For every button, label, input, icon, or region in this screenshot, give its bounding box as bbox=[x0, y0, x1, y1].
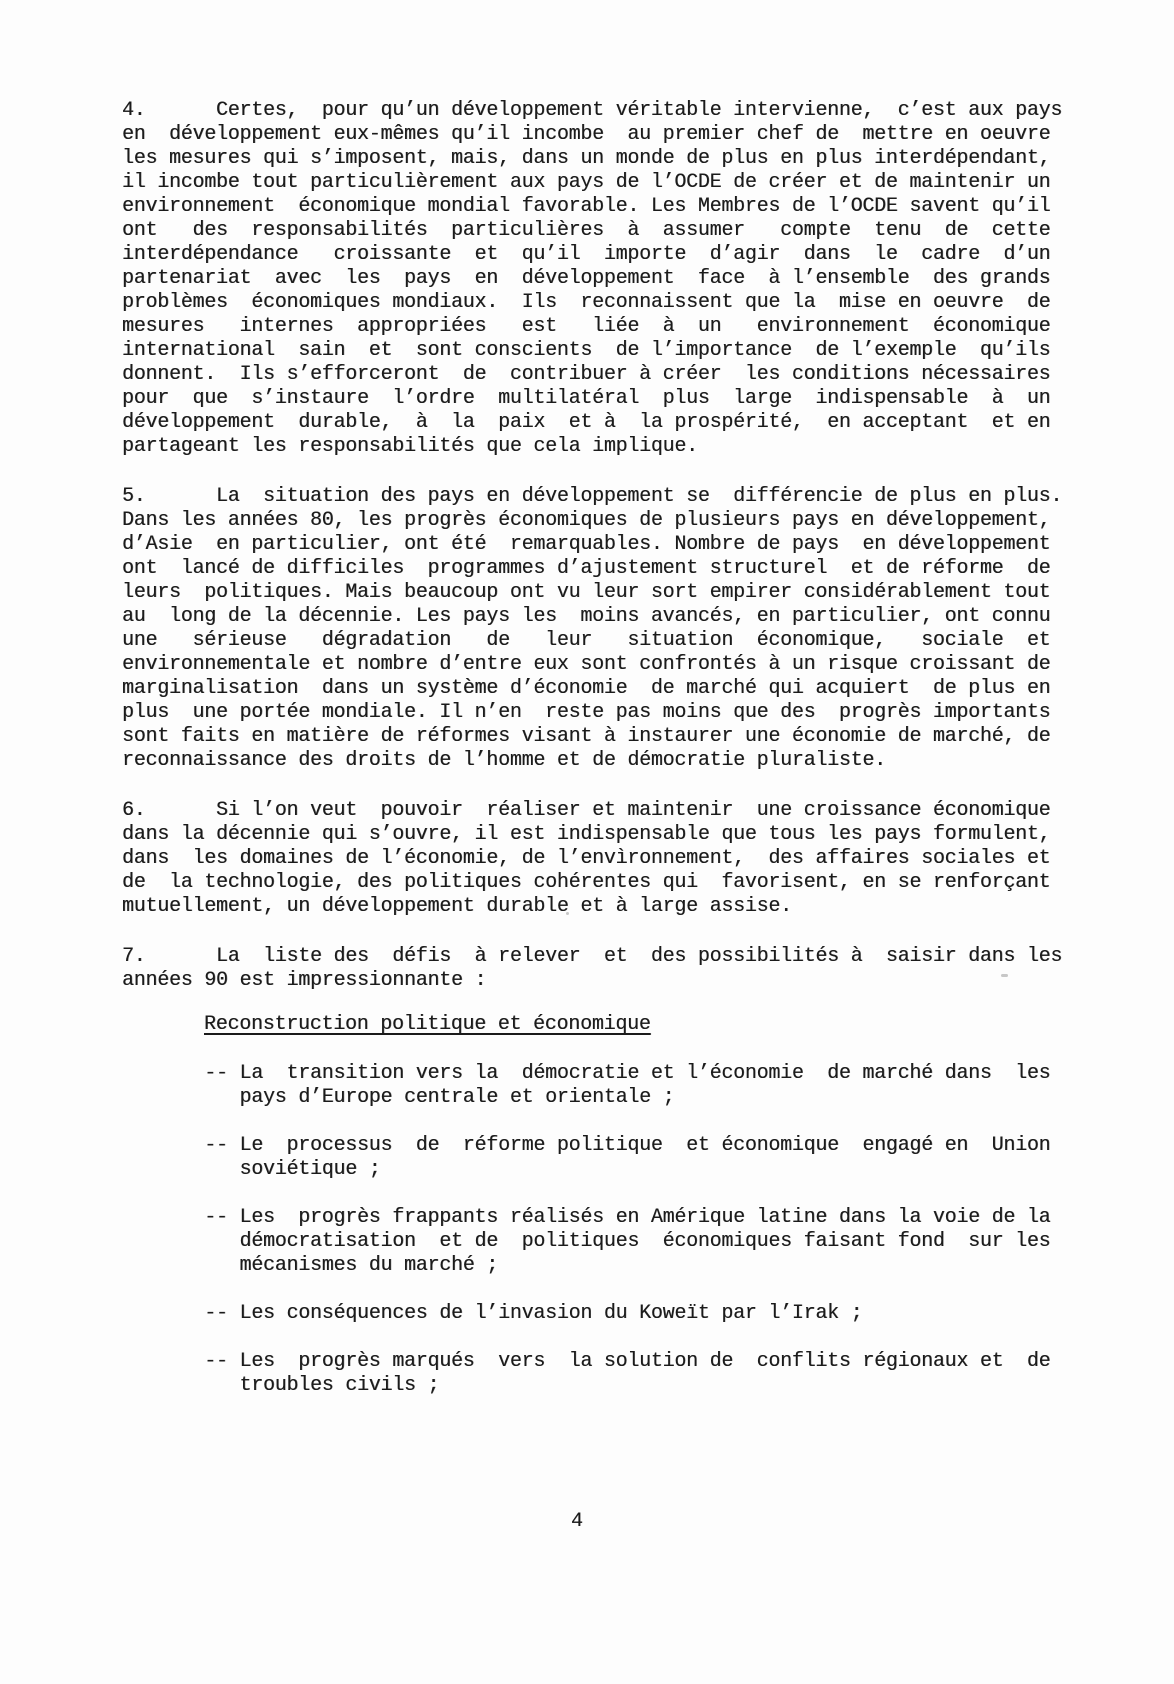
paragraph-7: 7. La liste des défis à relever et des p… bbox=[122, 945, 1112, 993]
section-heading: Reconstruction politique et économique bbox=[122, 1013, 1112, 1037]
paragraph-6: 6. Si l’on veut pouvoir réaliser et main… bbox=[122, 799, 1112, 919]
bullet-item-conflits-regionaux: -- Les progrès marqués vers la solution … bbox=[122, 1350, 1112, 1398]
bullet-item-koweit-irak: -- Les conséquences de l’invasion du Kow… bbox=[122, 1302, 1112, 1326]
scan-artifact bbox=[1001, 974, 1008, 977]
bullet-item-amerique-latine: -- Les progrès frappants réalisés en Amé… bbox=[122, 1206, 1112, 1278]
paragraph-4: 4. Certes, pour qu’un développement véri… bbox=[122, 99, 1112, 459]
scan-artifact bbox=[566, 912, 569, 915]
section-heading-text: Reconstruction politique et économique bbox=[204, 1013, 651, 1036]
text-block: 4. Certes, pour qu’un développement véri… bbox=[122, 99, 1112, 1422]
paragraph-5: 5. La situation des pays en développemen… bbox=[122, 485, 1112, 773]
page-number: 4 bbox=[0, 1510, 1154, 1534]
bullet-item-transition-europe: -- La transition vers la démocratie et l… bbox=[122, 1062, 1112, 1110]
scanned-document-page: 4. Certes, pour qu’un développement véri… bbox=[0, 0, 1174, 1684]
bullet-item-union-sovietique: -- Le processus de réforme politique et … bbox=[122, 1134, 1112, 1182]
